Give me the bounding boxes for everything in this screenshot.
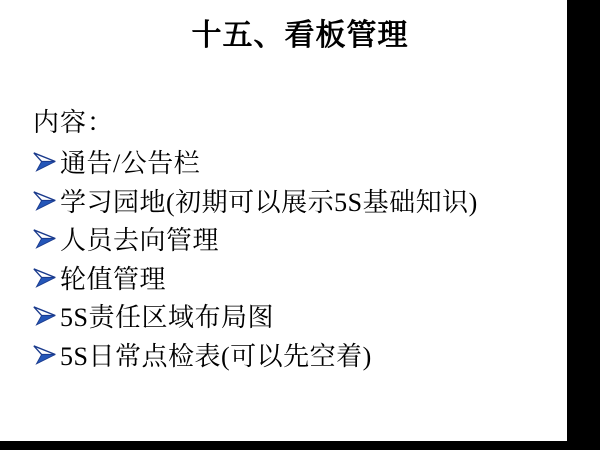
bullet-text: 人员去向管理 (60, 220, 219, 257)
arrow-bullet-icon (33, 227, 57, 250)
arrow-bullet-icon (33, 343, 57, 366)
bottom-letterbox-bar (0, 441, 600, 450)
right-letterbox-bar (567, 0, 600, 450)
slide: 十五、看板管理 内容： 通告/公告栏 学习园地(初期可以展示5S基础知识) (0, 0, 600, 450)
list-item: 轮值管理 (33, 258, 553, 297)
bullet-text: 5S日常点检表(可以先空着) (60, 336, 372, 373)
bullet-text: 学习园地(初期可以展示5S基础知识) (60, 182, 478, 219)
bullet-text: 5S责任区域布局图 (60, 297, 274, 334)
arrow-bullet-icon (33, 266, 57, 289)
list-item: 5S日常点检表(可以先空着) (33, 335, 553, 374)
slide-title: 十五、看板管理 (0, 10, 600, 54)
list-item: 人员去向管理 (33, 220, 553, 259)
bullet-list: 通告/公告栏 学习园地(初期可以展示5S基础知识) 人员去向管理 (33, 143, 553, 374)
bullet-text: 通告/公告栏 (60, 143, 200, 180)
arrow-bullet-icon (33, 189, 57, 212)
arrow-bullet-icon (33, 304, 57, 327)
list-item: 5S责任区域布局图 (33, 297, 553, 336)
list-item: 通告/公告栏 (33, 143, 553, 182)
slide-content: 内容： 通告/公告栏 学习园地(初期可以展示5S基础知识) (33, 104, 553, 374)
content-label: 内容： (33, 104, 553, 143)
list-item: 学习园地(初期可以展示5S基础知识) (33, 181, 553, 220)
bullet-text: 轮值管理 (60, 259, 166, 296)
arrow-bullet-icon (33, 150, 57, 173)
